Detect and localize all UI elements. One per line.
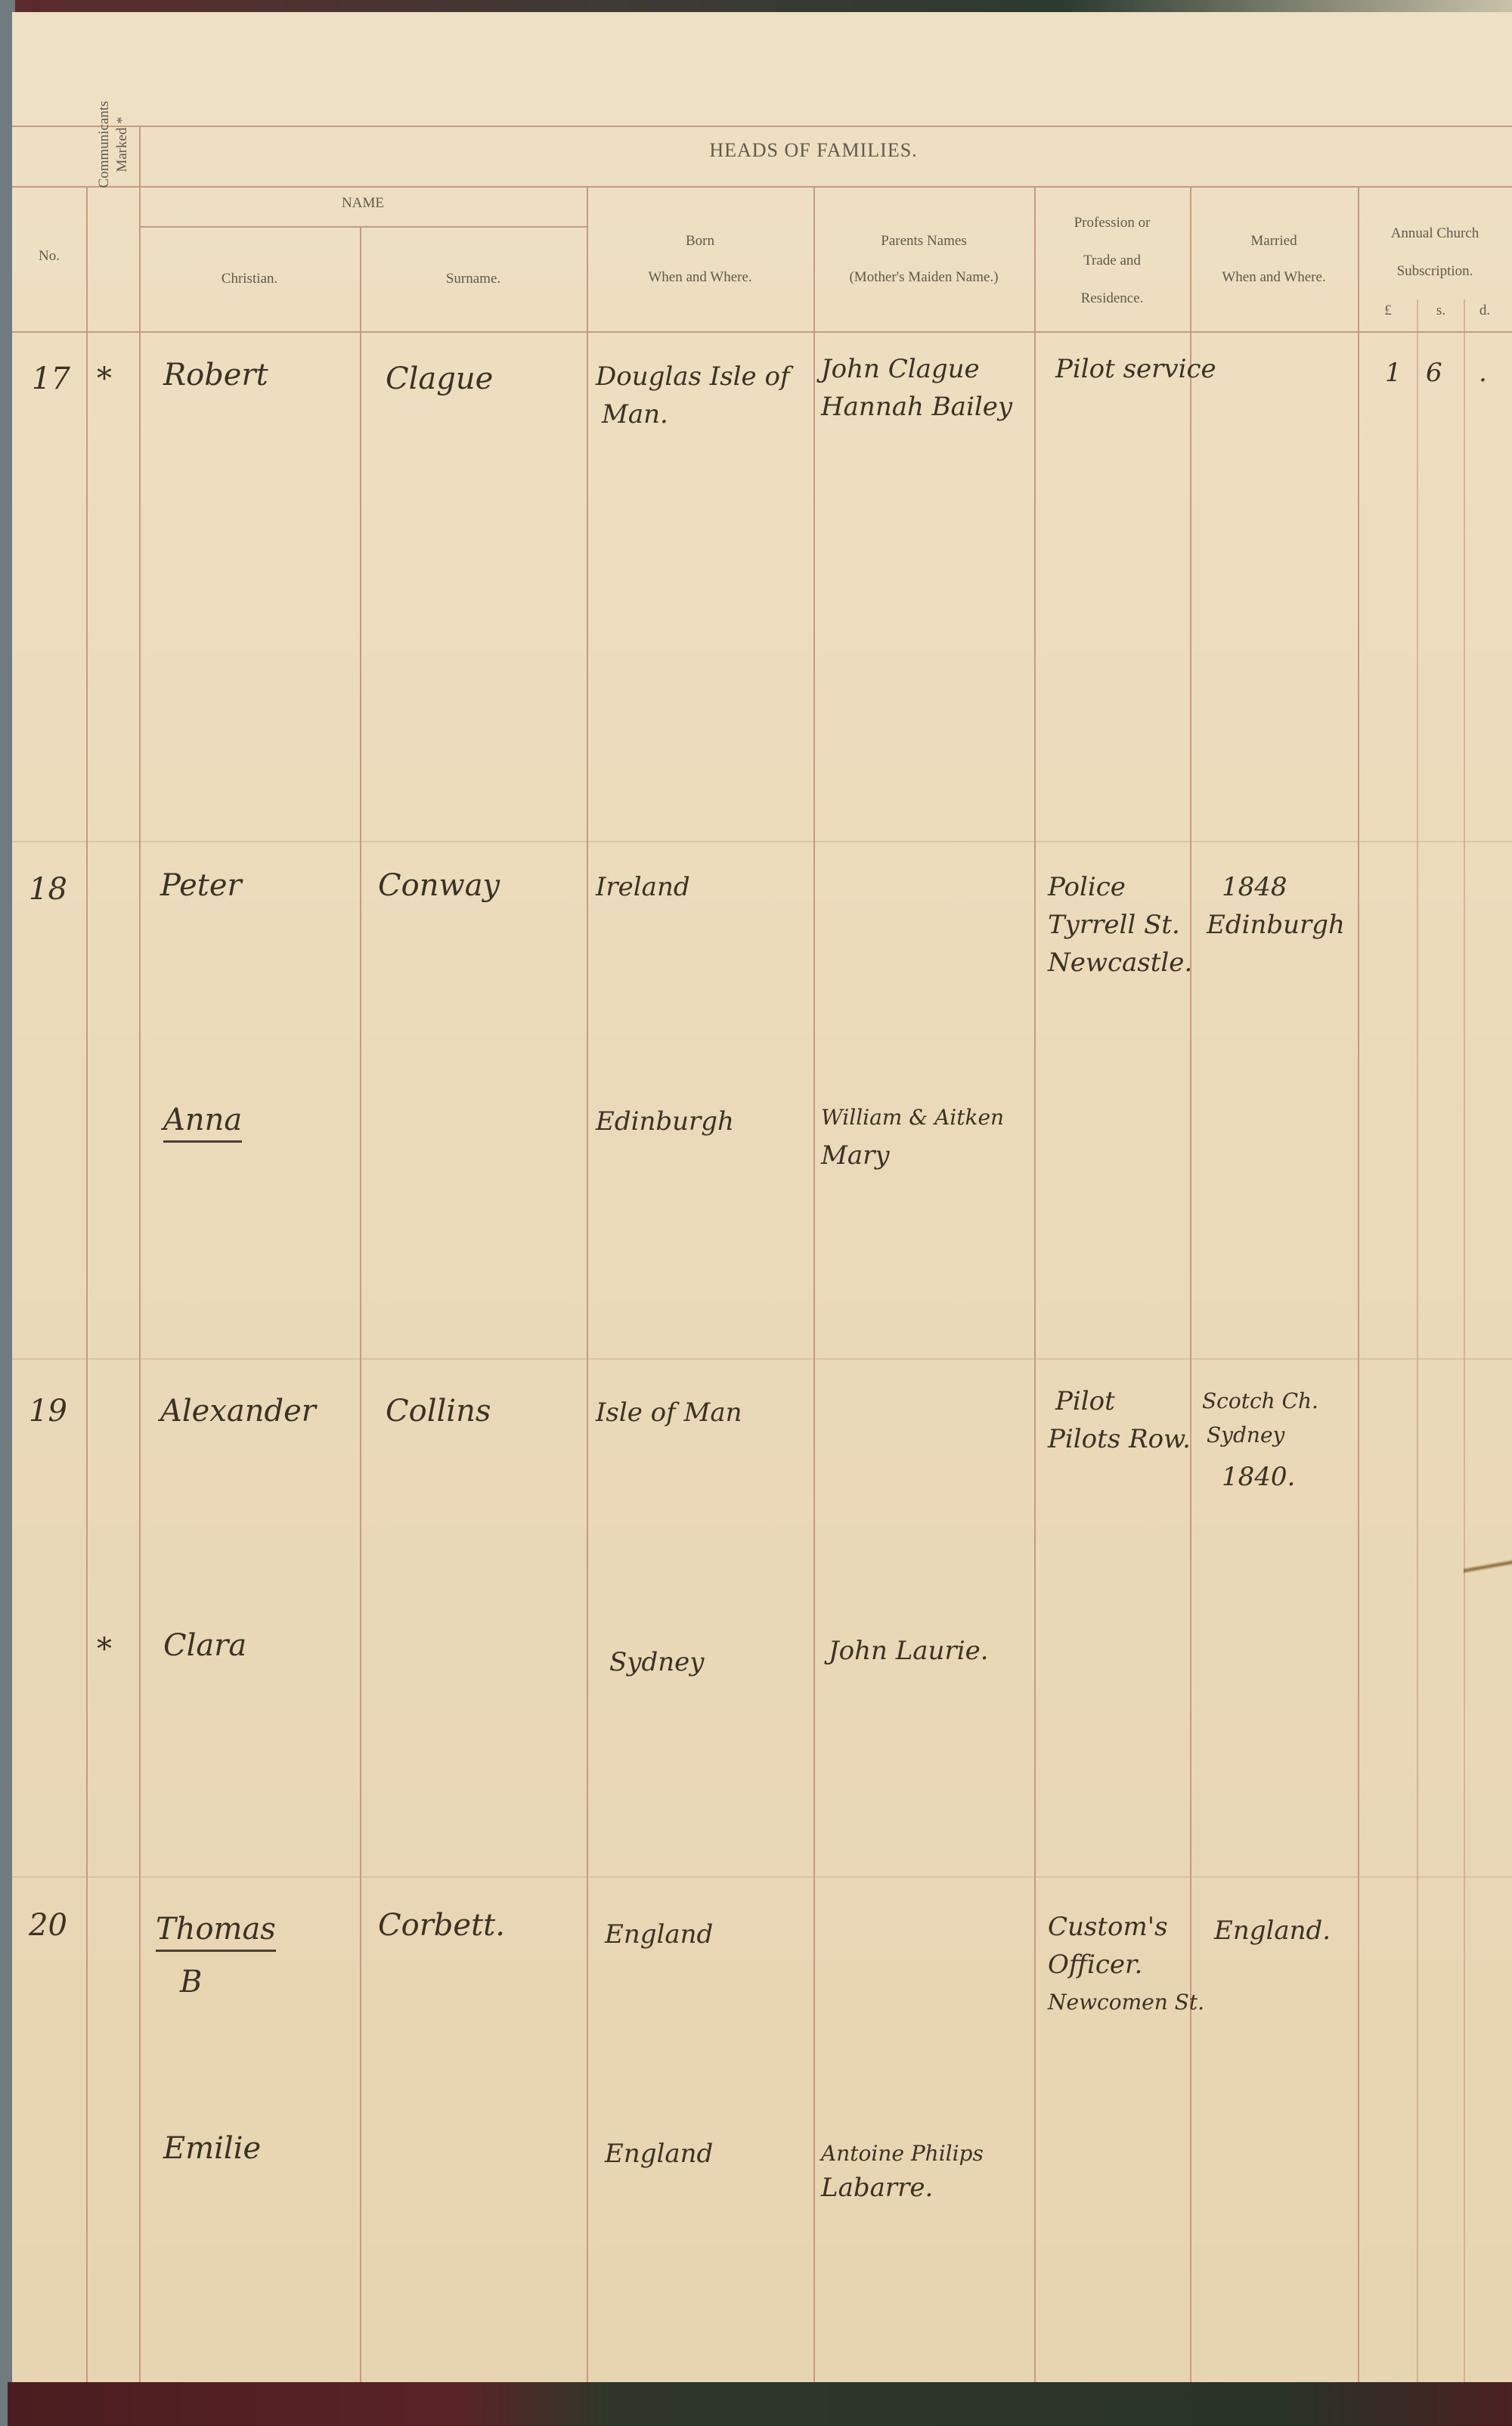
entry-19-spouse-communicant-star: * xyxy=(97,1630,112,1668)
entry-18-spouse-christian: Anna xyxy=(163,1101,242,1143)
rule-entry-20 xyxy=(12,1876,1512,1878)
page-title: HEADS OF FAMILIES. xyxy=(587,139,1040,162)
rule-top xyxy=(12,126,1512,127)
entry-20-married: England. xyxy=(1214,1914,1331,1947)
col-line-married xyxy=(1358,186,1359,2387)
entry-17-parents-2: Hannah Bailey xyxy=(821,390,1012,423)
header-christian: Christian. xyxy=(139,269,360,289)
header-born-when: When and Where. xyxy=(587,268,813,287)
entry-19-christian: Alexander xyxy=(160,1392,316,1430)
header-subscription-2: Subscription. xyxy=(1358,262,1512,281)
book-cover-bottom xyxy=(8,2382,1512,2426)
entry-17-christian: Robert xyxy=(163,356,268,394)
entry-19-born: Isle of Man xyxy=(596,1396,742,1429)
header-parents: Parents Names xyxy=(813,231,1034,251)
entry-19-surname: Collins xyxy=(386,1392,491,1430)
header-shillings: s. xyxy=(1426,301,1456,321)
entry-18-surname: Conway xyxy=(378,867,500,904)
entry-17-born-2: Man. xyxy=(602,398,668,431)
entry-18-spouse-parents-1: William & Aitken xyxy=(821,1101,1004,1134)
rule-header xyxy=(12,186,1512,188)
col-line-surname xyxy=(587,186,588,2387)
entry-20-spouse-parents-2: Labarre. xyxy=(821,2171,933,2204)
entry-19-married-1: Scotch Ch. xyxy=(1202,1385,1318,1418)
page-marker-tab xyxy=(1464,1555,1512,1578)
entry-19-married-2: Sydney xyxy=(1207,1419,1284,1452)
entry-20-no: 20 xyxy=(29,1906,67,1944)
header-born: Born xyxy=(587,231,813,251)
entry-19-spouse-born: Sydney xyxy=(609,1646,705,1679)
rule-name-split xyxy=(139,226,587,228)
entry-18-married-year: 1848 xyxy=(1222,870,1287,904)
rule-entry-19 xyxy=(12,1358,1512,1360)
entry-18-profession-2: Tyrrell St. xyxy=(1048,908,1180,942)
header-pence: d. xyxy=(1470,301,1500,321)
col-line-pounds xyxy=(1417,299,1418,2387)
header-surname: Surname. xyxy=(360,269,587,289)
header-profession: Profession or xyxy=(1034,213,1190,233)
entry-20-spouse-born: England xyxy=(605,2137,713,2170)
entry-20-surname: Corbett. xyxy=(378,1906,505,1944)
entry-20-born: England xyxy=(605,1918,713,1951)
header-married-when: When and Where. xyxy=(1190,268,1358,287)
entry-18-spouse-parents-2: Mary xyxy=(821,1139,890,1172)
col-line-profession xyxy=(1190,186,1191,2387)
register-page: HEADS OF FAMILIES. No. Communicants Mark… xyxy=(12,12,1512,2387)
header-parents-maiden: (Mother's Maiden Name.) xyxy=(813,268,1034,287)
col-line-christian xyxy=(360,226,361,2387)
entry-20-christian-initial: B xyxy=(180,1963,202,2001)
header-residence: Residence. xyxy=(1034,289,1190,309)
entry-20-profession-2: Officer. xyxy=(1048,1948,1142,1981)
entry-17-sub-pounds: 1 xyxy=(1385,356,1402,389)
entry-20-spouse-parents-1: Antoine Philips xyxy=(821,2137,984,2170)
entry-17-communicant-star: * xyxy=(97,360,112,398)
entry-20-profession-3: Newcomen St. xyxy=(1048,1986,1204,2019)
col-line-born xyxy=(813,186,815,2387)
header-trade: Trade and xyxy=(1034,251,1190,271)
entry-19-spouse-parents: John Laurie. xyxy=(829,1634,989,1667)
entry-19-profession-1: Pilot xyxy=(1055,1385,1115,1418)
header-pounds: £ xyxy=(1373,301,1403,321)
entry-17-surname: Clague xyxy=(386,360,493,398)
entry-19-married-3: 1840. xyxy=(1222,1460,1295,1494)
entry-20-christian: Thomas xyxy=(156,1910,276,1952)
col-line-communicants xyxy=(139,126,141,2387)
rule-entry-18 xyxy=(12,841,1512,842)
entry-18-profession-1: Police xyxy=(1048,870,1126,904)
entry-17-profession: Pilot service xyxy=(1055,352,1216,386)
entry-17-parents-1: John Clague xyxy=(821,352,980,386)
entry-19-profession-2: Pilots Row. xyxy=(1048,1422,1191,1456)
col-line-shillings xyxy=(1464,299,1465,2387)
entry-20-profession-1: Custom's xyxy=(1048,1910,1168,1944)
entry-20-spouse-christian: Emilie xyxy=(163,2130,261,2167)
header-name: NAME xyxy=(139,194,587,213)
entry-17-born-1: Douglas Isle of xyxy=(596,360,790,393)
entry-18-profession-3: Newcastle. xyxy=(1048,946,1192,979)
entry-17-no: 17 xyxy=(32,360,70,398)
entry-18-no: 18 xyxy=(29,870,67,908)
entry-18-christian: Peter xyxy=(160,867,242,904)
col-line-no xyxy=(86,186,88,2387)
entry-19-no: 19 xyxy=(29,1392,67,1430)
header-subscription: Annual Church xyxy=(1358,224,1512,244)
entry-18-married-place: Edinburgh xyxy=(1207,908,1345,942)
entry-18-born: Ireland xyxy=(596,870,690,904)
entry-18-spouse-born: Edinburgh xyxy=(596,1105,734,1138)
entry-17-sub-shillings: 6 xyxy=(1426,356,1442,389)
header-communicants: Communicants Marked * xyxy=(95,80,141,209)
entry-17-sub-pence: . xyxy=(1479,356,1487,389)
col-line-parents xyxy=(1034,186,1036,2387)
entry-19-spouse-christian: Clara xyxy=(163,1627,246,1664)
header-married: Married xyxy=(1190,231,1358,251)
rule-header-bottom xyxy=(12,331,1512,333)
header-no: No. xyxy=(12,247,86,266)
